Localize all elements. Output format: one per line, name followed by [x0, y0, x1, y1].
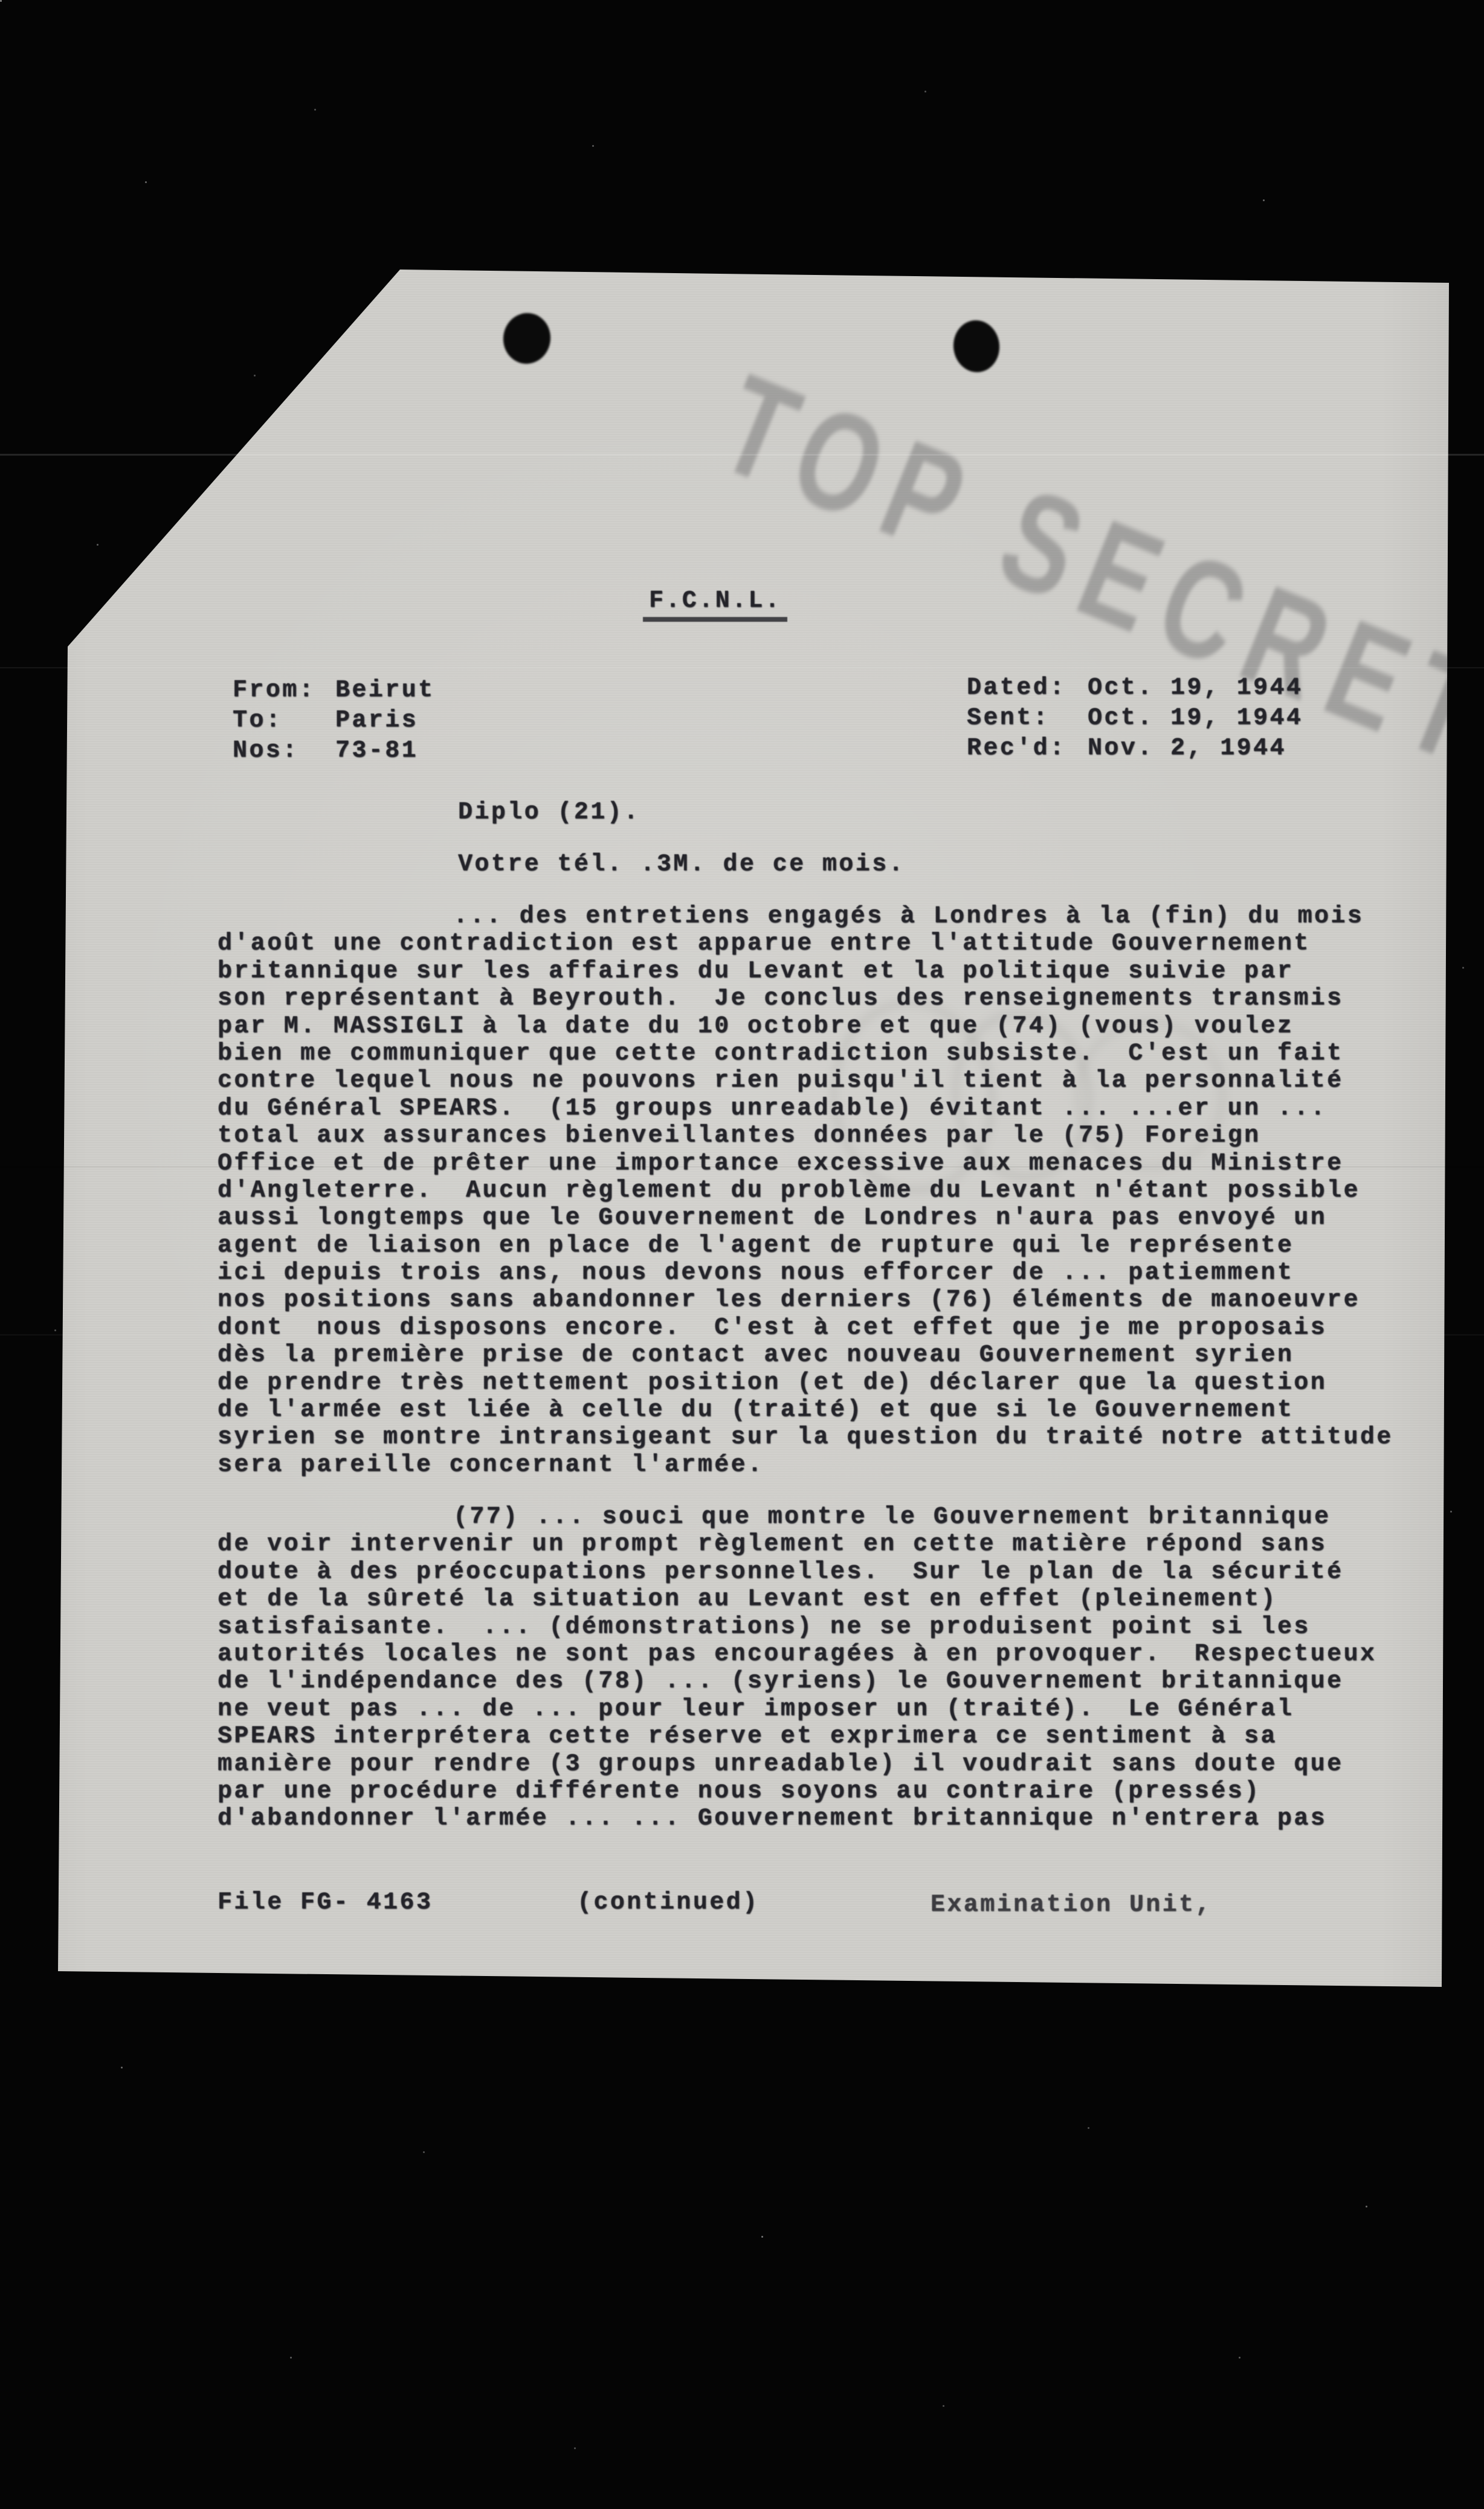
typed-text-line: dont nous disposons encore. C'est à cet …: [218, 1314, 1393, 1342]
typed-text-line: Office et de prêter une importance exces…: [218, 1150, 1393, 1177]
typed-text-line: de prendre très nettement position (et d…: [218, 1369, 1393, 1397]
meta-row: Dated:Oct. 19, 1944: [967, 673, 1303, 703]
typed-text-line: de l'indépendance des (78) ... (syriens)…: [218, 1668, 1376, 1695]
typed-text-line: (77) ... souci que montre le Gouvernemen…: [218, 1503, 1376, 1531]
typed-text-line: contre lequel nous ne pouvons rien puisq…: [218, 1067, 1393, 1094]
typed-text-line: ne veut pas ... de ... pour leur imposer…: [218, 1696, 1376, 1723]
typed-text-line: sera pareille concernant l'armée.: [218, 1451, 1393, 1479]
date-block: Dated:Oct. 19, 1944Sent:Oct. 19, 1944Rec…: [967, 673, 1303, 764]
typed-text-line: aussi longtemps que le Gouvernement de L…: [218, 1204, 1393, 1232]
continued-note: (continued): [577, 1889, 759, 1916]
typed-text-line: ici depuis trois ans, nous devons nous e…: [218, 1259, 1393, 1287]
scan-artifact-line: [0, 1166, 1484, 1167]
typed-text-line: son représentant à Beyrouth. Je conclus …: [218, 985, 1393, 1012]
punch-hole-icon: [500, 310, 554, 367]
typed-text-line: et de la sûreté la situation au Levant e…: [218, 1586, 1376, 1613]
paper-sheet: TOP SECRET F.C.N.L. From:BeirutTo:ParisN…: [0, 0, 1484, 2509]
typed-text-line: syrien se montre intransigeant sur la qu…: [218, 1424, 1393, 1451]
typed-text-line: dès la première prise de contact avec no…: [218, 1342, 1393, 1369]
typed-text-line: manière pour rendre (3 groups unreadable…: [218, 1751, 1376, 1778]
salutation-line: Votre tél. .3M. de ce mois.: [458, 851, 905, 878]
meta-row: From:Beirut: [233, 676, 434, 706]
typed-text-line: par une procédure différente nous soyons…: [218, 1778, 1376, 1805]
typed-text-line: satisfaisante. ... (démonstrations) ne s…: [218, 1613, 1376, 1641]
typed-text-line: du Général SPEARS. (15 groups unreadable…: [218, 1095, 1393, 1122]
typed-text-line: agent de liaison en place de l'agent de …: [218, 1232, 1393, 1259]
meta-row: To:Paris: [233, 706, 434, 736]
typed-text-line: d'Angleterre. Aucun règlement du problèm…: [218, 1177, 1393, 1204]
meta-row: Nos:73-81: [233, 736, 434, 766]
typed-text-line: d'abandonner l'armée ... ... Gouvernemen…: [218, 1805, 1376, 1832]
typed-text-line: autorités locales ne sont pas encouragée…: [218, 1641, 1376, 1668]
typed-text-line: par M. MASSIGLI à la date du 10 octobre …: [218, 1013, 1393, 1040]
typed-text-line: ... des entretiens engagés à Londres à l…: [218, 903, 1393, 930]
typed-text-line: nos positions sans abandonner les dernie…: [218, 1287, 1393, 1314]
scan-artifact-line: [0, 1334, 1484, 1335]
scan-artifact-line: [0, 454, 1484, 456]
scan-artifact-line: [0, 667, 1484, 668]
reference-line: Diplo (21).: [458, 799, 640, 826]
punch-hole-icon: [951, 318, 1002, 374]
scanner-dust-speckles: [0, 0, 2, 2]
typed-text-line: doute à des préoccupations personnelles.…: [218, 1558, 1376, 1586]
typed-text-line: SPEARS interprétera cette réserve et exp…: [218, 1723, 1376, 1750]
body-paragraph-1: ... des entretiens engagés à Londres à l…: [218, 903, 1393, 1479]
typed-text-line: de voir intervenir un prompt règlement e…: [218, 1531, 1376, 1558]
typed-text-line: d'août une contradiction est apparue ent…: [218, 930, 1393, 957]
typed-text-line: bien me communiquer que cette contradict…: [218, 1040, 1393, 1067]
body-paragraph-2: (77) ... souci que montre le Gouvernemen…: [218, 1503, 1376, 1833]
typed-text-line: total aux assurances bienveillantes donn…: [218, 1122, 1393, 1149]
scanned-telegram-page: TOP SECRET F.C.N.L. From:BeirutTo:ParisN…: [0, 0, 1484, 2509]
typed-text-line: britannique sur les affaires du Levant e…: [218, 958, 1393, 985]
document-title: F.C.N.L.: [643, 587, 787, 622]
meta-row: Sent:Oct. 19, 1944: [967, 703, 1303, 734]
routing-block: From:BeirutTo:ParisNos:73-81: [233, 676, 434, 766]
file-reference: File FG- 4163: [218, 1889, 433, 1916]
examination-unit-signature: Examination Unit,: [931, 1891, 1212, 1919]
meta-row: Rec'd:Nov. 2, 1944: [967, 734, 1303, 764]
typed-text-line: de l'armée est liée à celle du (traité) …: [218, 1397, 1393, 1424]
